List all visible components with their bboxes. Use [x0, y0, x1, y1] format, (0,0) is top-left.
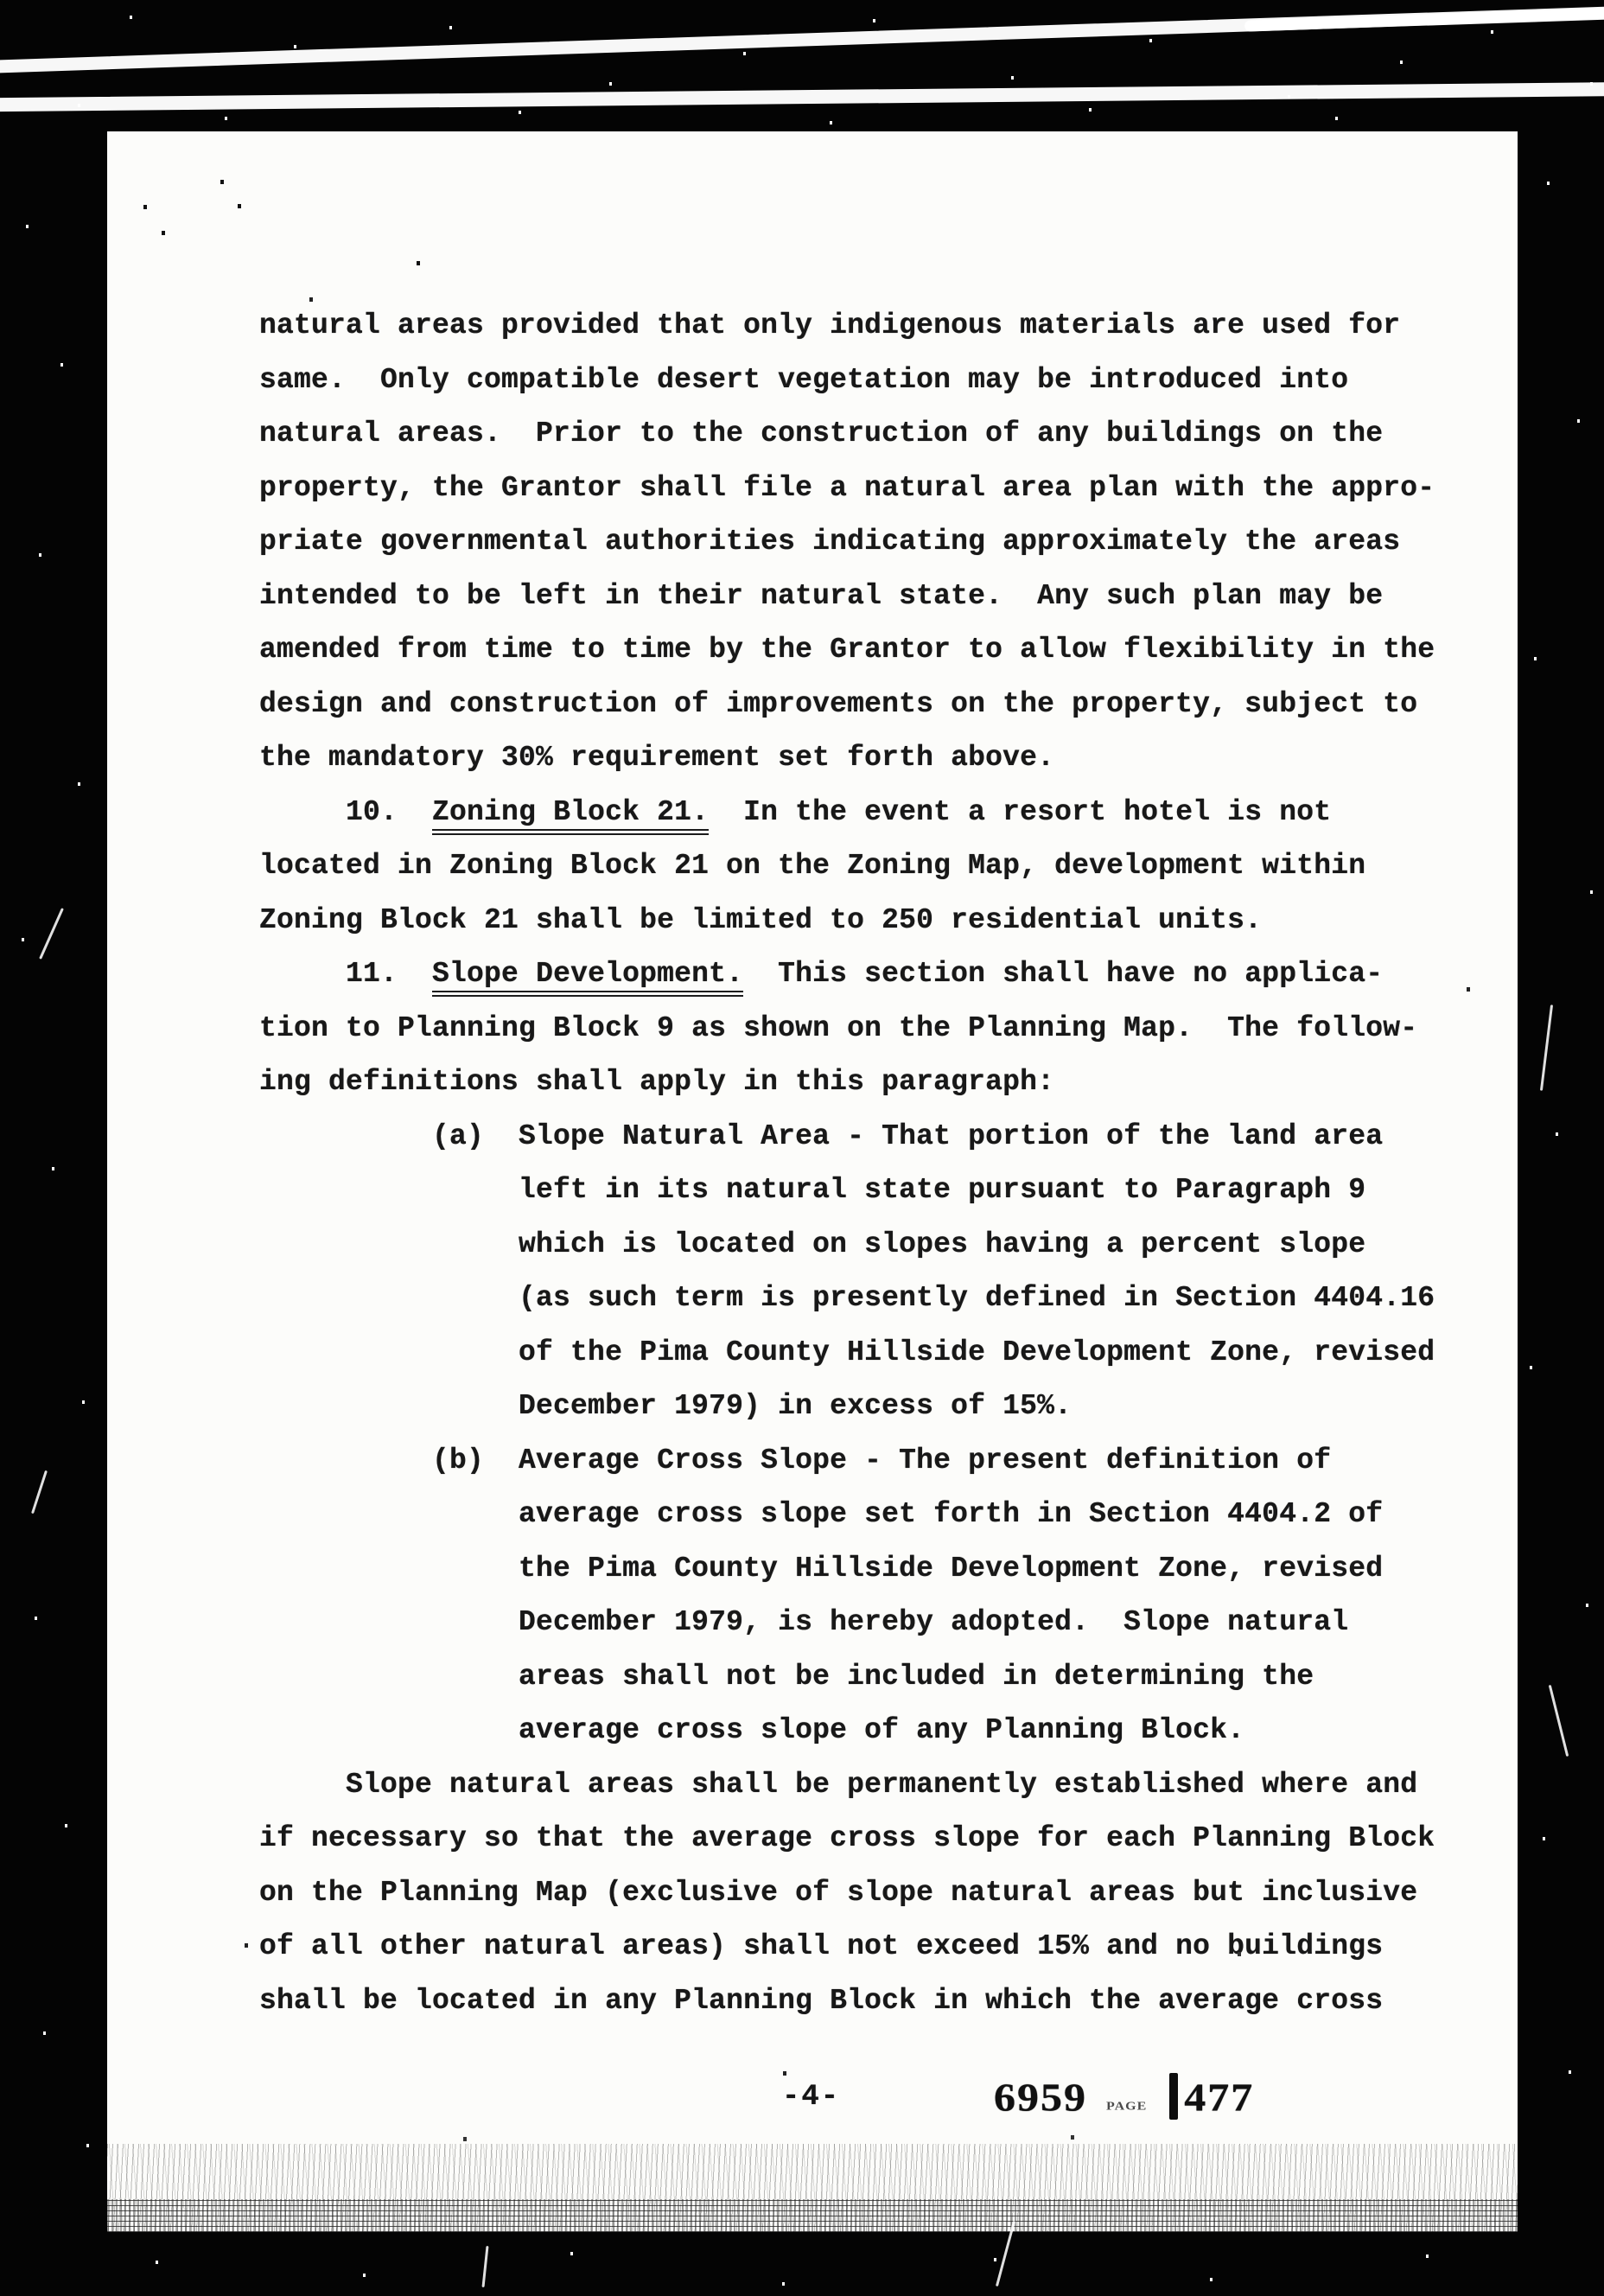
- text-line: which is located on slopes having a perc…: [259, 1218, 1495, 1272]
- text-line: ing definitions shall apply in this para…: [259, 1056, 1495, 1110]
- scan-speckles-black: [0, 0, 3, 4]
- text-line: the mandatory 30% requirement set forth …: [259, 731, 1495, 786]
- text-line: priate governmental authorities indicati…: [259, 515, 1495, 570]
- scan-streak: [0, 5, 1604, 74]
- scan-scratch: [481, 2246, 488, 2287]
- page-number: -4-: [782, 2080, 840, 2114]
- text-line: on the Planning Map (exclusive of slope …: [259, 1866, 1495, 1921]
- scan-frame: natural areas provided that only indigen…: [0, 0, 1604, 2296]
- document-text: natural areas provided that only indigen…: [259, 299, 1495, 2028]
- text-line: average cross slope set forth in Section…: [259, 1488, 1495, 1542]
- scan-scratch: [1549, 1685, 1569, 1757]
- stamp-page-number: 477: [1184, 2076, 1254, 2118]
- text-line: amended from time to time by the Grantor…: [259, 623, 1495, 678]
- text-line: the Pima County Hillside Development Zon…: [259, 1542, 1495, 1597]
- text-line: (as such term is presently defined in Se…: [259, 1272, 1495, 1326]
- scan-noise-lines: [107, 2199, 1518, 2232]
- text-line: of all other natural areas) shall not ex…: [259, 1920, 1495, 1974]
- text-line: (a) Slope Natural Area - That portion of…: [259, 1110, 1495, 1164]
- stamp-bar: [1169, 2073, 1178, 2120]
- text-line: (b) Average Cross Slope - The present de…: [259, 1434, 1495, 1489]
- text-line: design and construction of improvements …: [259, 678, 1495, 732]
- document-page: natural areas provided that only indigen…: [107, 131, 1518, 2232]
- scan-scratch: [1540, 1004, 1553, 1091]
- text-line: of the Pima County Hillside Development …: [259, 1326, 1495, 1381]
- text-line: property, the Grantor shall file a natur…: [259, 462, 1495, 516]
- text-segment: 11.: [259, 958, 432, 990]
- scan-streak: [1244, 7, 1604, 31]
- text-line: average cross slope of any Planning Bloc…: [259, 1704, 1495, 1758]
- scan-noise-band: [107, 2144, 1518, 2232]
- text-segment: This section shall have no applica-: [743, 958, 1383, 990]
- text-line: Zoning Block 21 shall be limited to 250 …: [259, 894, 1495, 948]
- text-segment: In the event a resort hotel is not: [709, 796, 1331, 828]
- text-line: December 1979) in excess of 15%.: [259, 1380, 1495, 1434]
- underlined-heading: Slope Development.: [432, 958, 743, 997]
- scan-scratch: [31, 1470, 48, 1514]
- underlined-heading: Zoning Block 21.: [432, 796, 709, 835]
- text-line: December 1979, is hereby adopted. Slope …: [259, 1596, 1495, 1650]
- text-line: natural areas provided that only indigen…: [259, 299, 1495, 354]
- text-line: areas shall not be included in determini…: [259, 1650, 1495, 1705]
- scan-scratch: [39, 908, 64, 960]
- text-line: shall be located in any Planning Block i…: [259, 1974, 1495, 2029]
- text-line-heading: 11. Slope Development. This section shal…: [259, 947, 1495, 1002]
- text-line: same. Only compatible desert vegetation …: [259, 354, 1495, 408]
- text-line-heading: 10. Zoning Block 21. In the event a reso…: [259, 786, 1495, 840]
- stamp-docket-number: 6959: [994, 2076, 1087, 2118]
- text-line: located in Zoning Block 21 on the Zoning…: [259, 839, 1495, 894]
- text-line: Slope natural areas shall be permanently…: [259, 1758, 1495, 1813]
- text-line: tion to Planning Block 9 as shown on the…: [259, 1002, 1495, 1056]
- text-line: intended to be left in their natural sta…: [259, 570, 1495, 624]
- stamp-page-label: PAGE: [1106, 2100, 1147, 2113]
- text-segment: 10.: [259, 796, 432, 828]
- text-line: left in its natural state pursuant to Pa…: [259, 1164, 1495, 1218]
- text-line: natural areas. Prior to the construction…: [259, 407, 1495, 462]
- text-line: if necessary so that the average cross s…: [259, 1812, 1495, 1866]
- recorder-stamp: 6959 PAGE 477: [994, 2073, 1254, 2120]
- scan-streak: [0, 82, 1604, 112]
